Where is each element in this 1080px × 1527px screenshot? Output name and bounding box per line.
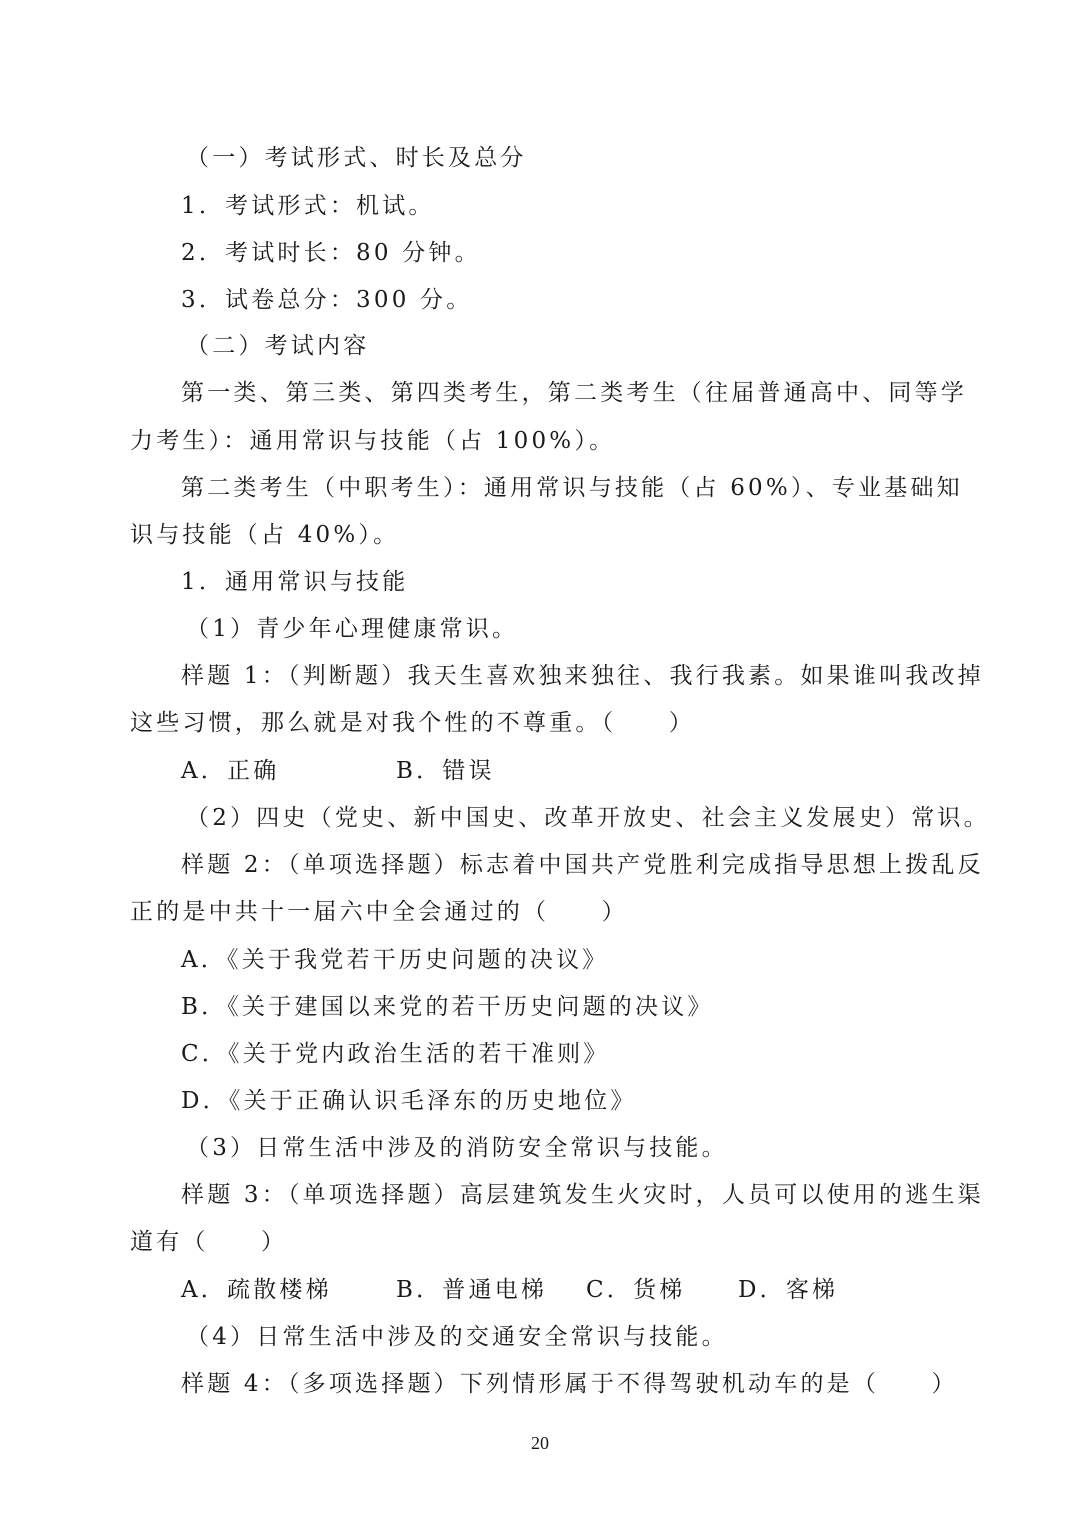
topic-title-mental-health: （1）青少年心理健康常识。 [186,614,518,644]
paragraph-vocational-line-2: 识与技能（占 40%）。 [130,520,399,550]
question-2-option-b: B．《关于建国以来党的若干历史问题的决议》 [181,992,714,1022]
exam-total-score-item: 3．试卷总分：300 分。 [181,285,472,315]
paragraph-vocational-line-1: 第二类考生（中职考生）：通用常识与技能（占 60%）、专业基础知 [181,473,963,503]
sample-question-3-line-1: 样题 3：（单项选择题）高层建筑发生火灾时，人员可以使用的逃生渠 [181,1180,984,1210]
exam-duration-item: 2．考试时长：80 分钟。 [181,238,481,268]
page-number: 20 [0,1431,1080,1455]
topic-title-four-histories: （2）四史（党史、新中国史、改革开放史、社会主义发展史）常识。 [186,803,990,833]
sample-question-1-line-1: 样题 1：（判断题）我天生喜欢独来独往、我行我素。如果谁叫我改掉 [181,661,984,691]
question-3-option-b: B．普通电梯 [396,1275,547,1305]
section-heading-exam-content: （二）考试内容 [186,331,369,361]
topic-title-fire-safety: （3）日常生活中涉及的消防安全常识与技能。 [186,1133,728,1163]
question-2-option-d: D．《关于正确认识毛泽东的历史地位》 [181,1086,637,1116]
sample-question-2-line-2: 正的是中共十一届六中全会通过的（ ） [130,897,628,927]
question-2-option-c: C．《关于党内政治生活的若干准则》 [181,1039,610,1069]
section-heading-exam-format: （一）考试形式、时长及总分 [186,143,527,173]
sample-question-4-line-1: 样题 4：（多项选择题）下列情形属于不得驾驶机动车的是（ ） [181,1369,958,1399]
question-1-option-a: A．正确 [181,756,279,786]
paragraph-categories-line-2: 力考生）：通用常识与技能（占 100%）。 [130,426,615,456]
document-page: （一）考试形式、时长及总分 1．考试形式：机试。 2．考试时长：80 分钟。 3… [0,0,1080,1527]
topic-title-traffic-safety: （4）日常生活中涉及的交通安全常识与技能。 [186,1322,728,1352]
exam-format-item: 1．考试形式：机试。 [181,191,435,221]
question-2-option-a: A．《关于我党若干历史问题的决议》 [181,945,609,975]
sample-question-3-line-2: 道有（ ） [130,1227,287,1257]
question-3-option-c: C．货梯 [586,1275,685,1305]
paragraph-categories-line-1: 第一类、第三类、第四类考生，第二类考生（往届普通高中、同等学 [181,378,967,408]
question-3-option-a: A．疏散楼梯 [181,1275,332,1305]
sample-question-1-line-2: 这些习惯，那么就是对我个性的不尊重。（ ） [130,708,695,738]
question-3-option-d: D．客梯 [738,1275,838,1305]
subheading-general-knowledge: 1．通用常识与技能 [181,567,408,597]
question-1-option-b: B．错误 [396,756,495,786]
sample-question-2-line-1: 样题 2：（单项选择题）标志着中国共产党胜利完成指导思想上拨乱反 [181,850,984,880]
